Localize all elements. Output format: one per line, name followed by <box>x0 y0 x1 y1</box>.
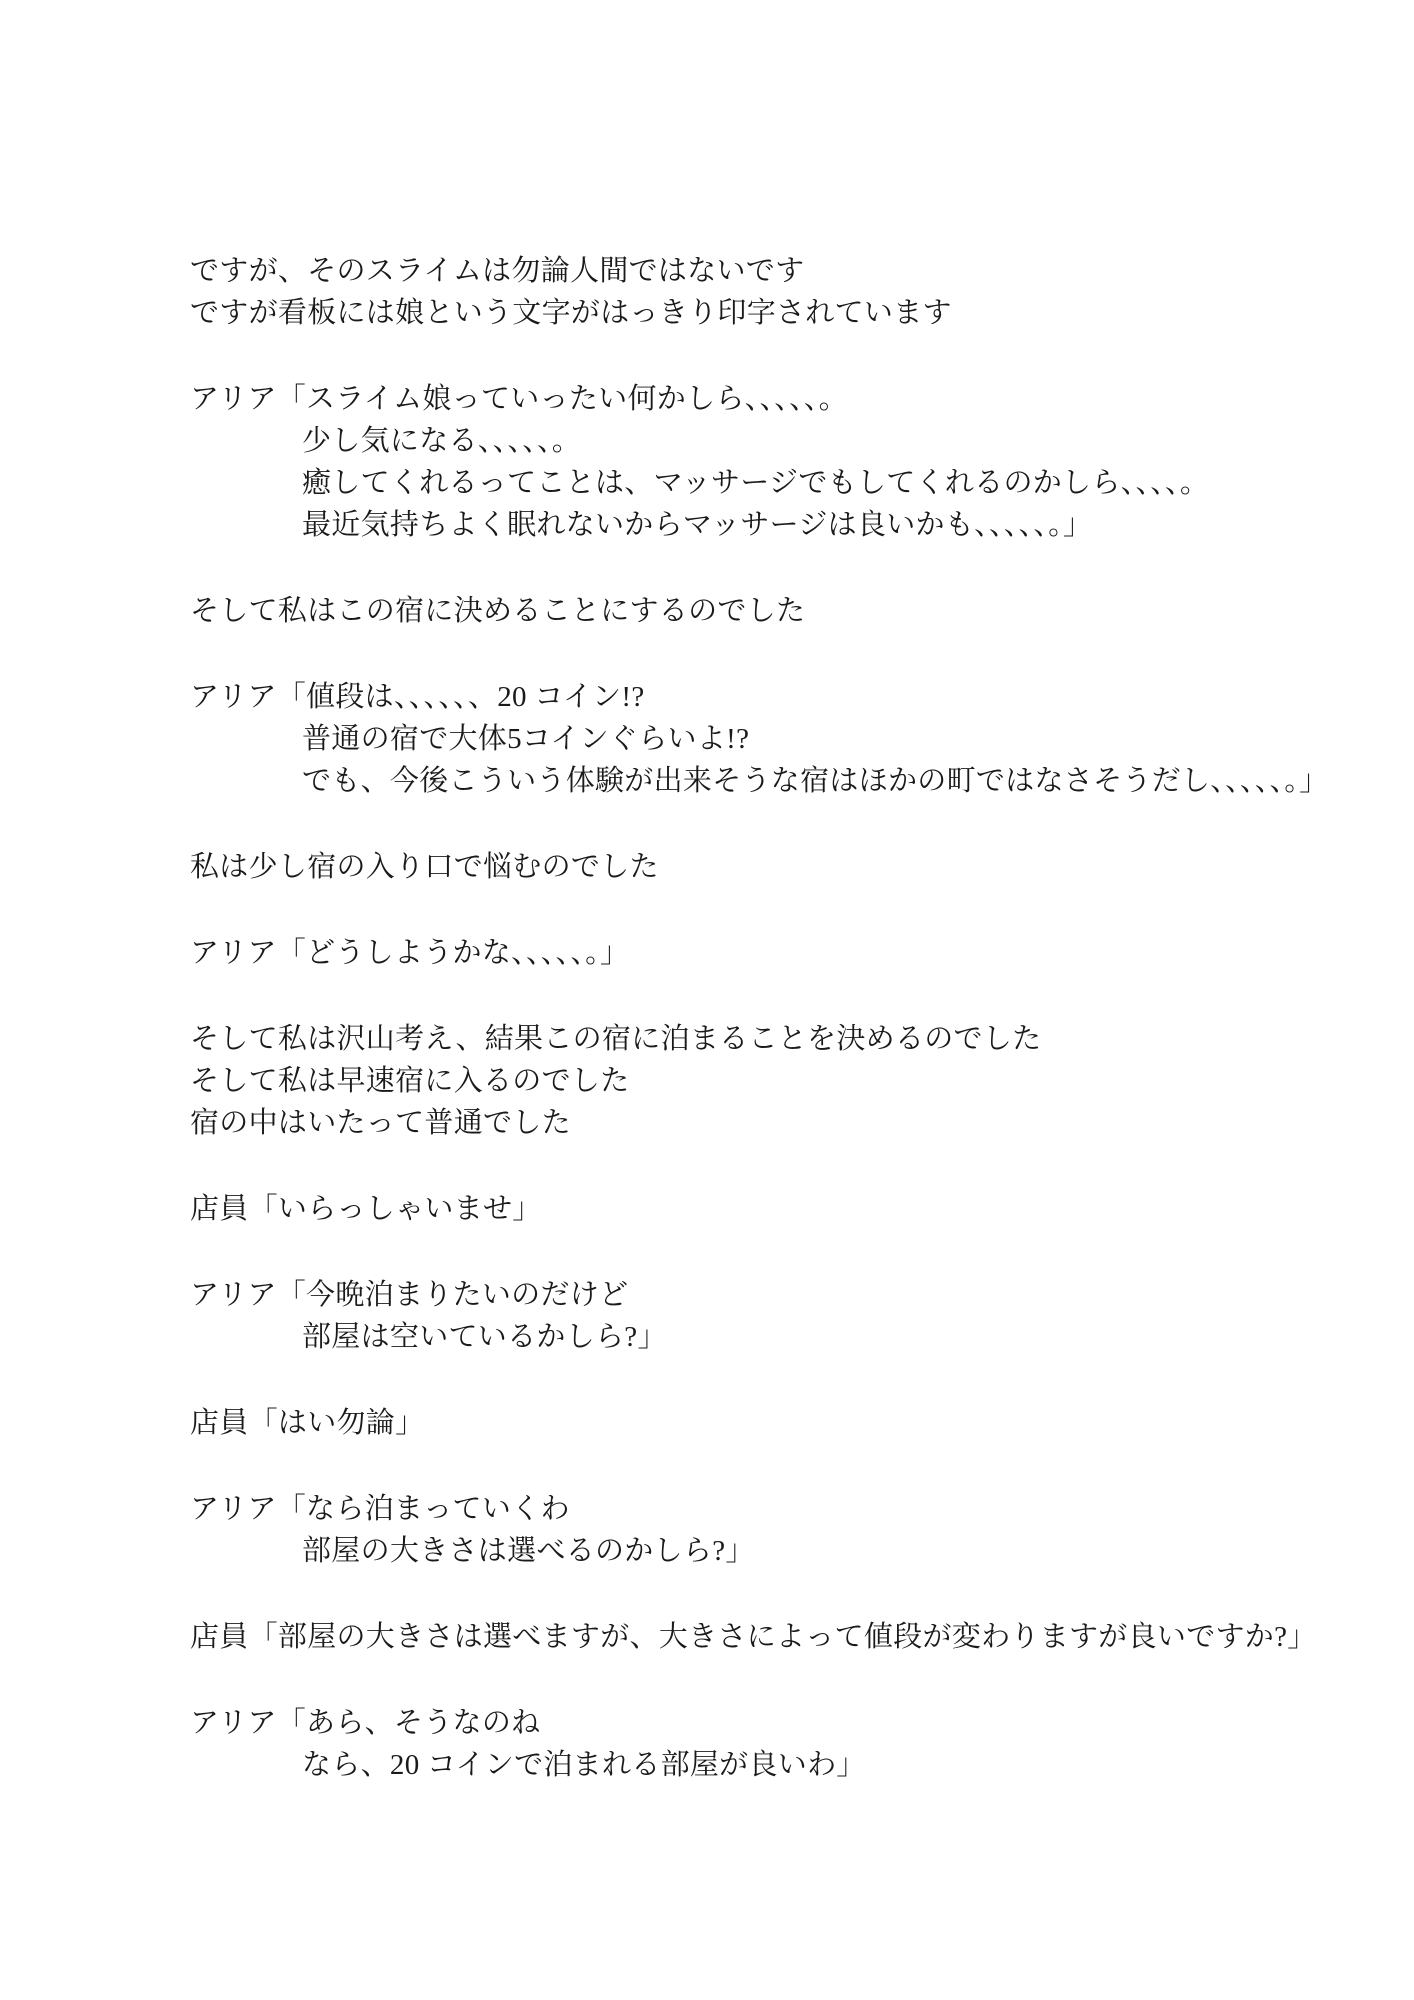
paragraph: アリア「あら、そうなのねなら、20 コインで泊まれる部屋が良いわ」 <box>190 1702 1370 1786</box>
paragraph: アリア「今晩泊まりたいのだけど部屋は空いているかしら?」 <box>190 1274 1370 1358</box>
paragraph: 店員「部屋の大きさは選べますが、大きさによって値段が変わりますが良いですか?」 <box>190 1616 1370 1658</box>
text-line: なら、20 コインで泊まれる部屋が良いわ」 <box>190 1744 1370 1786</box>
paragraph: アリア「値段は、、、、、、20 コイン!?普通の宿で大体5コインぐらいよ!?でも… <box>190 676 1370 802</box>
text-line: アリア「なら泊まっていくわ <box>190 1488 1370 1530</box>
text-line: アリア「値段は、、、、、、20 コイン!? <box>190 676 1370 718</box>
text-line: 店員「いらっしゃいませ」 <box>190 1188 1370 1230</box>
text-line: アリア「スライム娘っていったい何かしら、、、、、。 <box>190 378 1370 420</box>
text-line: 普通の宿で大体5コインぐらいよ!? <box>190 718 1370 760</box>
text-line: そして私はこの宿に決めることにするのでした <box>190 590 1370 632</box>
text-line: でも、今後こういう体験が出来そうな宿はほかの町ではなさそうだし、、、、、。」 <box>190 760 1370 802</box>
text-line: 少し気になる、、、、、。 <box>190 420 1370 462</box>
text-line: 店員「部屋の大きさは選べますが、大きさによって値段が変わりますが良いですか?」 <box>190 1616 1370 1658</box>
text-line: 最近気持ちよく眠れないからマッサージは良いかも、、、、、。」 <box>190 504 1370 546</box>
document-page: ですが、そのスライムは勿論人間ではないですですが看板には娘という文字がはっきり印… <box>0 0 1414 2000</box>
paragraph: アリア「なら泊まっていくわ部屋の大きさは選べるのかしら?」 <box>190 1488 1370 1572</box>
paragraph: ですが、そのスライムは勿論人間ではないですですが看板には娘という文字がはっきり印… <box>190 250 1370 334</box>
text-line: 店員「はい勿論」 <box>190 1402 1370 1444</box>
text-line: アリア「あら、そうなのね <box>190 1702 1370 1744</box>
paragraph: 私は少し宿の入り口で悩むのでした <box>190 846 1370 888</box>
text-line: ですが、そのスライムは勿論人間ではないです <box>190 250 1370 292</box>
text-content: ですが、そのスライムは勿論人間ではないですですが看板には娘という文字がはっきり印… <box>190 250 1370 1830</box>
text-line: 部屋は空いているかしら?」 <box>190 1316 1370 1358</box>
text-line: アリア「どうしようかな、、、、、。」 <box>190 932 1370 974</box>
paragraph: 店員「いらっしゃいませ」 <box>190 1188 1370 1230</box>
text-line: 私は少し宿の入り口で悩むのでした <box>190 846 1370 888</box>
paragraph: アリア「どうしようかな、、、、、。」 <box>190 932 1370 974</box>
text-line: アリア「今晩泊まりたいのだけど <box>190 1274 1370 1316</box>
text-line: 部屋の大きさは選べるのかしら?」 <box>190 1530 1370 1572</box>
text-line: そして私は早速宿に入るのでした <box>190 1060 1370 1102</box>
paragraph: そして私は沢山考え、結果この宿に泊まることを決めるのでしたそして私は早速宿に入る… <box>190 1018 1370 1144</box>
text-line: ですが看板には娘という文字がはっきり印字されています <box>190 292 1370 334</box>
text-line: 癒してくれるってことは、マッサージでもしてくれるのかしら、、、、。 <box>190 462 1370 504</box>
text-line: 宿の中はいたって普通でした <box>190 1102 1370 1144</box>
paragraph: アリア「スライム娘っていったい何かしら、、、、、。少し気になる、、、、、。癒して… <box>190 378 1370 546</box>
paragraph: 店員「はい勿論」 <box>190 1402 1370 1444</box>
text-line: そして私は沢山考え、結果この宿に泊まることを決めるのでした <box>190 1018 1370 1060</box>
paragraph: そして私はこの宿に決めることにするのでした <box>190 590 1370 632</box>
